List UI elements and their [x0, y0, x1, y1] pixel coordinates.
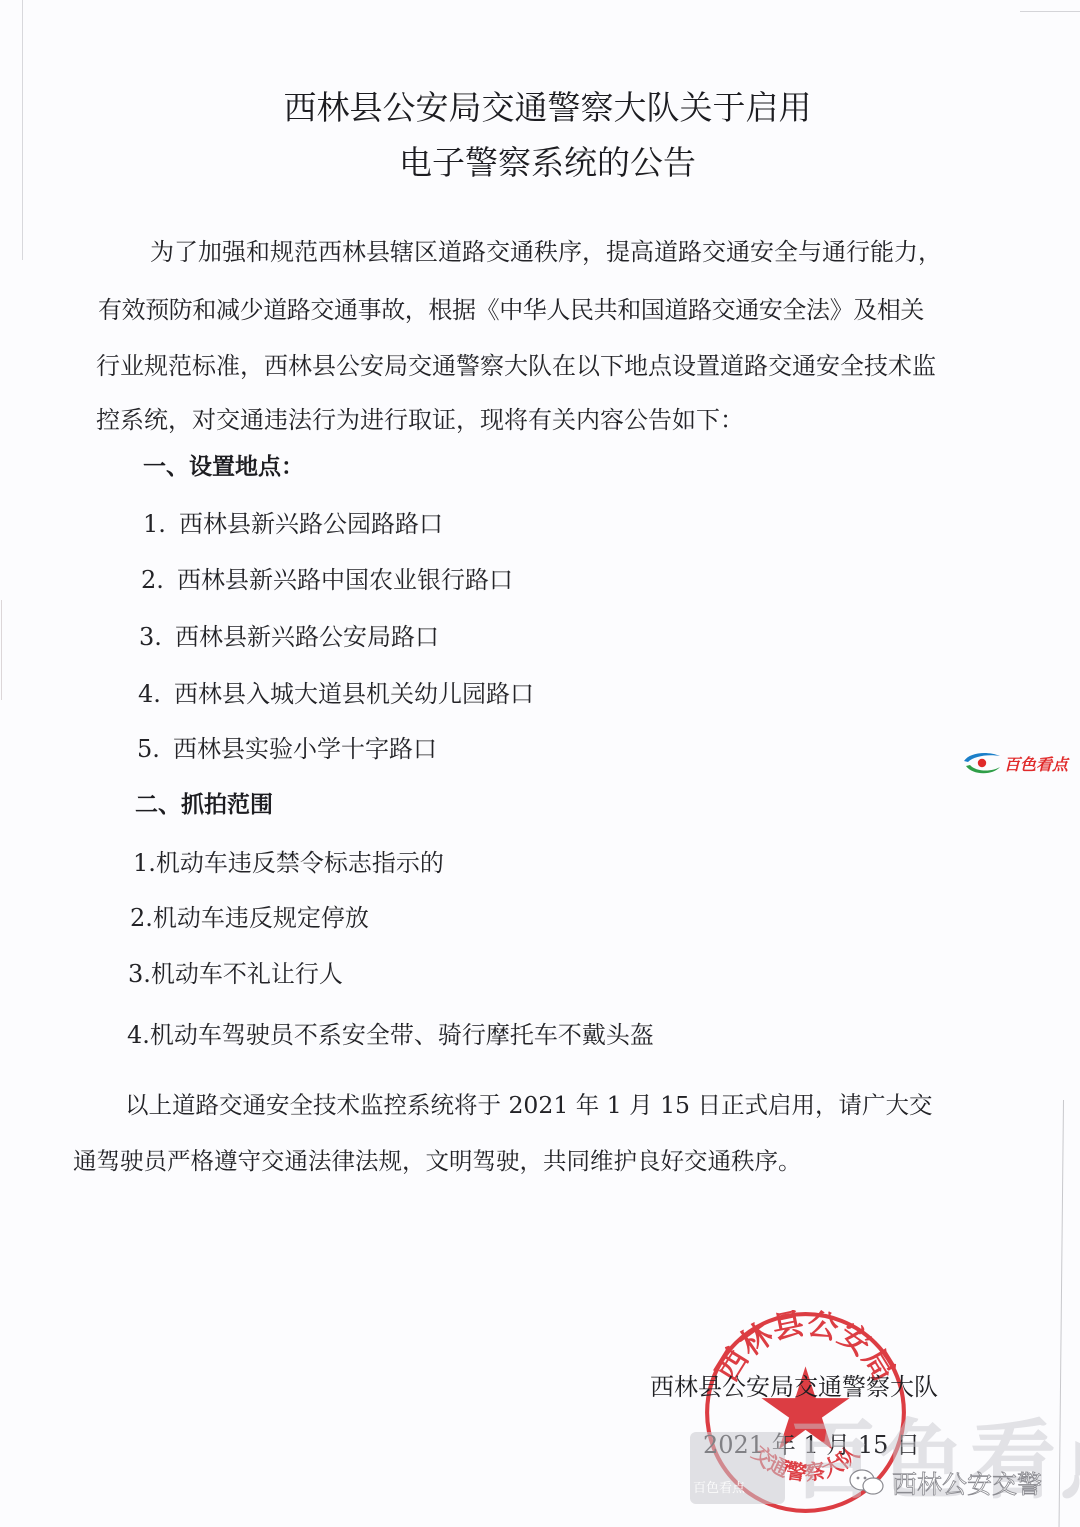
location-item: 4.西林县入城大道县机关幼儿园路口 [138, 674, 534, 709]
closing-line: 以上道路交通安全技术监控系统将于 2021 年 1 月 15 日正式启用，请广大… [125, 1086, 932, 1120]
item-number: 3. [139, 623, 175, 651]
item-text: 机动车违反规定停放 [153, 904, 369, 932]
item-text: 西林县实验小学十字路口 [173, 735, 437, 763]
scanned-document-page: 西林县公安局交通警察大队关于启用 电子警察系统的公告 为了加强和规范西林县辖区道… [0, 0, 1080, 1527]
paper-edge-left-shadow [1, 600, 2, 700]
item-number: 4. [127, 1021, 150, 1049]
baise-kandian-logo-icon [962, 749, 1002, 777]
item-text: 西林县新兴路公园路路口 [179, 510, 443, 538]
item-text: 西林县新兴路中国农业银行路口 [177, 566, 513, 594]
violation-item: 4.机动车驾驶员不系安全带、骑行摩托车不戴头盔 [127, 1015, 654, 1050]
item-text: 机动车违反禁令标志指示的 [156, 849, 444, 877]
item-text: 机动车不礼让行人 [151, 960, 343, 988]
item-number: 1. [143, 510, 179, 538]
violation-item: 1.机动车违反禁令标志指示的 [133, 843, 444, 878]
item-number: 1. [133, 849, 156, 877]
item-number: 3. [128, 960, 151, 988]
location-item: 3.西林县新兴路公安局路口 [139, 617, 439, 652]
item-number: 5. [137, 735, 173, 763]
baise-kandian-watermark-logo: 百色看点 [962, 749, 1068, 777]
intro-line: 为了加强和规范西林县辖区道路交通秩序，提高道路交通安全与通行能力， [150, 232, 942, 267]
item-number: 2. [141, 566, 177, 594]
violation-item: 3.机动车不礼让行人 [128, 954, 343, 989]
item-text: 西林县新兴路公安局路口 [175, 623, 439, 651]
item-number: 2. [130, 904, 153, 932]
section-heading-locations: 一、设置地点： [143, 448, 304, 481]
location-item: 5.西林县实验小学十字路口 [137, 729, 437, 764]
wechat-account-watermark: 西林公安交警 [848, 1465, 1042, 1501]
item-text: 西林县入城大道县机关幼儿园路口 [174, 680, 534, 708]
paper-edge-left [22, 0, 23, 260]
intro-line: 有效预防和减少道路交通事故，根据《中华人民共和国道路交通安全法》及相关 [98, 290, 924, 325]
document-title-line-2: 电子警察系统的公告 [0, 137, 1080, 184]
item-text: 机动车驾驶员不系安全带、骑行摩托车不戴头盔 [150, 1021, 654, 1049]
paper-edge-top [1020, 11, 1080, 12]
location-item: 1.西林县新兴路公园路路口 [143, 504, 443, 539]
intro-line: 行业规范标准，西林县公安局交通警察大队在以下地点设置道路交通安全技术监 [96, 346, 936, 381]
intro-line: 控系统，对交通违法行为进行取证，现将有关内容公告如下： [96, 400, 744, 435]
section-heading-capture-scope: 二、抓拍范围 [135, 786, 273, 819]
violation-item: 2.机动车违反规定停放 [130, 898, 369, 933]
location-item: 2.西林县新兴路中国农业银行路口 [141, 560, 513, 595]
closing-line: 通驾驶员严格遵守交通法律法规，文明驾驶，共同维护良好交通秩序。 [73, 1142, 802, 1176]
document-title-line-1: 西林县公安局交通警察大队关于启用 [0, 82, 1080, 129]
watermark-text: 百色看点 [1004, 752, 1068, 775]
watermark-box-label: 百色看点 [693, 1477, 745, 1496]
wechat-icon [848, 1468, 886, 1498]
wechat-account-name: 西林公安交警 [892, 1465, 1042, 1501]
item-number: 4. [138, 680, 174, 708]
signature-issuer: 西林县公安局交通警察大队 [650, 1367, 938, 1402]
